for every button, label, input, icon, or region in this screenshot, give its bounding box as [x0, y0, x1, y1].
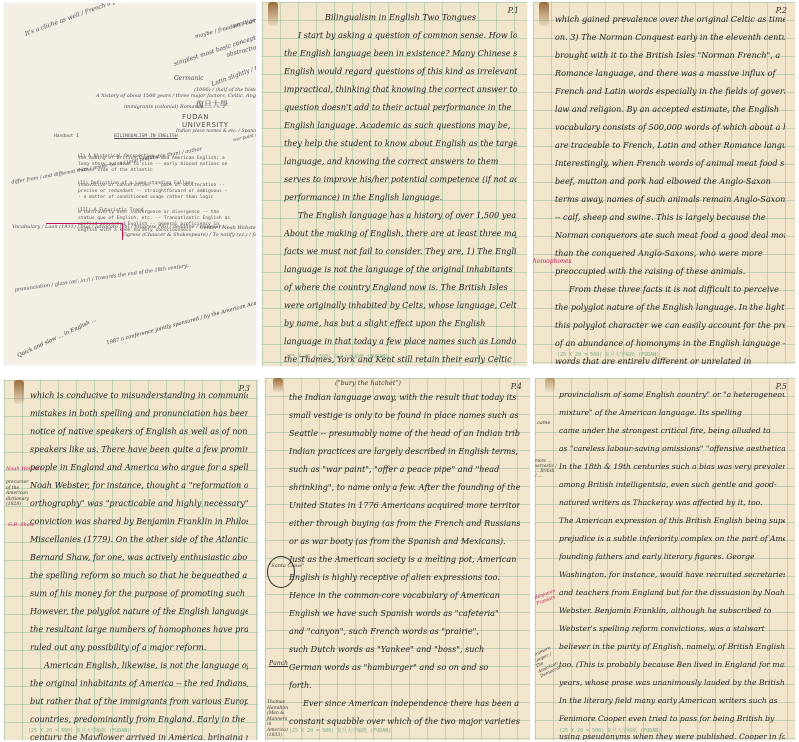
essay-title: Bilingualism in English Two Tongues — [284, 8, 517, 26]
text-line: of where the country England now is. The… — [284, 278, 517, 296]
text-line: preoccupied with the raising of these an… — [555, 262, 785, 280]
margin-note-shaw: G.B. Shaw — [8, 522, 34, 529]
text-line: language, and knowing the correct answer… — [284, 152, 517, 170]
page-text: the Indian language away, with the resul… — [289, 388, 520, 730]
text-line: In the literary field many early America… — [559, 692, 785, 710]
margin-note-santa-claus: "Santa Claus" — [269, 563, 304, 570]
text-line: language in that today a few place names… — [284, 332, 517, 350]
insert-note: ("bury the hatchet") — [335, 380, 401, 387]
text-line: However, the polyglot nature of the Engl… — [30, 602, 248, 620]
annotation-top-left: It's a cliché as well / French a precise… — [24, 3, 225, 38]
margin-note-came: came — [537, 420, 550, 427]
annotation-chinese-name: 復旦大學 — [196, 101, 228, 109]
text-line: came under the strongest critical fire, … — [559, 422, 785, 440]
text-line: as "careless labour-saving omissions" "o… — [559, 440, 785, 458]
text-line: notice of native speakers of English as … — [30, 422, 248, 440]
text-line: English is highly receptive of alien exp… — [289, 568, 520, 586]
paper-clip-stain — [14, 380, 24, 404]
text-line: serves to improve his/her potential comp… — [284, 170, 517, 188]
page-text: provincialism of some English country" o… — [559, 386, 785, 740]
text-line: they help the student to know about Engl… — [284, 134, 517, 152]
margin-note-punch: Punch — [269, 660, 288, 667]
text-line: Ever since American independence there h… — [289, 694, 520, 712]
text-line: orthography" was "practicable and highly… — [30, 494, 248, 512]
manuscript-page-2: P.2 which gained prevalence over the ori… — [533, 2, 795, 364]
annotation-history: A history of about 1500 years / three ma… — [96, 93, 256, 99]
margin-note-homophones: homophones — [533, 258, 572, 265]
text-line: vocabulary consists of 500,000 words of … — [555, 118, 785, 136]
text-line: the Indian language away, with the resul… — [289, 388, 520, 406]
handout-title: BILINGUALISM IN ENGLISH — [114, 134, 178, 140]
text-line: were originally inhabited by Celts, whos… — [284, 296, 517, 314]
text-line: United States in 1776 Americans acquired… — [289, 496, 520, 514]
text-line: believer in the purity of English, namel… — [559, 638, 785, 656]
text-line: small vestige is only to be found in pla… — [289, 406, 520, 424]
page-text: which is conducive to misunderstanding i… — [30, 386, 248, 740]
text-line: Just as the American society is a meltin… — [289, 550, 520, 568]
text-line: founding fathers and early literary figu… — [559, 548, 785, 566]
paper-clip-stain — [545, 378, 555, 392]
paper-clip-stain — [268, 2, 278, 26]
paper-footer: (25 X 20 = 500) 复旦大学稿纸 (FUDAN) — [28, 727, 130, 734]
text-line: Bernard Shaw, for one, was actively enth… — [30, 548, 248, 566]
text-line: Fenimore Cooper even tried to pass for b… — [559, 710, 785, 728]
paper-footer: (25 X 20 = 500) 复旦大学稿纸 (FUDAN) — [559, 727, 661, 734]
paper-clip-stain — [273, 378, 283, 392]
text-line: Norman conquerors ate such meat food a g… — [555, 226, 785, 244]
text-line: such as "war paint", "offer a peace pipe… — [289, 460, 520, 478]
text-line: the English language been in existence? … — [284, 44, 517, 62]
margin-note-franklin: Benjamin Franklin — [535, 588, 560, 607]
paper-clip-stain — [539, 2, 549, 26]
manuscript-page-5: P.5 provincialism of some English countr… — [535, 378, 795, 740]
annotation-quick-slow: Quick and slow ... in English ... — [17, 317, 98, 360]
text-line: the polyglot nature of the English langu… — [555, 298, 785, 316]
text-line: English language. Academic as such quest… — [284, 116, 517, 134]
annotation-center: Center / Noah Webster / -Theater / -colo… — [200, 225, 256, 231]
text-line: people in England and America who argue … — [30, 458, 248, 476]
annotation-place-names: Indian place names & etc. / Spanish: caf… — [176, 129, 256, 135]
annotation-french: (1066) / (half of the history / chronolo… — [194, 87, 256, 93]
text-line: mistakes in both spelling and pronunciat… — [30, 404, 248, 422]
institution-name: FUDAN UNIVERSITY — [182, 113, 256, 129]
text-line: of an abundance of homonyms in the Engli… — [555, 334, 785, 352]
text-line: Romance language, and there was a massiv… — [555, 64, 785, 82]
text-line: than the conquered Anglo-Saxons, who wer… — [555, 244, 785, 262]
text-line: Seattle -- presumably name of the head o… — [289, 424, 520, 442]
text-line: facts we must not fail to consider. They… — [284, 242, 517, 260]
text-line: this polyglot character we can easily ac… — [555, 316, 785, 334]
handout-label: Handout I — [54, 134, 79, 140]
text-line: too. (This is probably because Ben lived… — [559, 656, 785, 674]
paper-footer: (25 X 20 = 500) 复旦大学稿纸 (FUDAN) — [286, 353, 388, 360]
text-line: sum of his money for the purpose of prom… — [30, 584, 248, 602]
text-line: Webster. Benjamin Franklin, although he … — [559, 602, 785, 620]
text-line: by name, has but a slight effect upon th… — [284, 314, 517, 332]
text-line: From these three facts it is not difficu… — [555, 280, 785, 298]
text-line: -- calf, sheep and swine. This is largel… — [555, 208, 785, 226]
text-line: German words as "hamburger" and so on an… — [289, 658, 520, 676]
text-line: such Dutch words as "Yankee" and "boss",… — [289, 640, 520, 658]
manuscript-page-4: P.4 ("bury the hatchet") the Indian lang… — [265, 378, 530, 740]
text-line: prejudice is a subtle inferiority comple… — [559, 530, 785, 548]
text-line: speakers like us. There have been quite … — [30, 440, 248, 458]
text-line: mixture" of the American language. Its s… — [559, 404, 785, 422]
text-line: I start by asking a question of common s… — [284, 26, 517, 44]
paper-footer: (25 X 20 = 500) 复旦大学稿纸 (FUDAN) — [289, 727, 391, 734]
text-line: English we have such Spanish words as "c… — [289, 604, 520, 622]
annotation-conference: 1987 a conference jointly sponsored / by… — [106, 238, 256, 348]
text-line: The English language has a history of ov… — [284, 206, 517, 224]
text-line: French and Latin words especially in the… — [555, 82, 785, 100]
text-line: beef, mutton and pork had elbowed the An… — [555, 172, 785, 190]
santa-claus-circle — [267, 556, 295, 588]
text-line: ruled out any possibility of a major ref… — [30, 638, 248, 656]
text-line: forth. — [289, 676, 520, 694]
margin-note-hamilton: Thomas Hamilton (Men & Manners in Americ… — [267, 700, 291, 739]
text-line: question doesn't add to their actual per… — [284, 98, 517, 116]
red-connector-line — [46, 223, 123, 240]
manuscript-page-3: P.3 which is conducive to misunderstandi… — [4, 380, 258, 740]
text-line: Webster's spelling reform convictions, w… — [559, 620, 785, 638]
text-line: on. 3) The Norman Conquest early in the … — [555, 28, 785, 46]
text-line: The American expression of this British … — [559, 512, 785, 530]
text-line: which gained prevalence over the origina… — [555, 10, 785, 28]
text-line: the original inhabitants of America -- t… — [30, 674, 248, 692]
text-line: Hence in the common-core vocabulary of A… — [289, 586, 520, 604]
text-line: conviction was shared by Benjamin Frankl… — [30, 512, 248, 530]
annotation-tigress: Tigress (Chaucer & Shakespeare) / To not… — [122, 232, 256, 239]
text-line: brought with it to the British Isles "No… — [555, 46, 785, 64]
text-line: the spelling reform so much so that he b… — [30, 566, 248, 584]
text-line: provincialism of some English country" o… — [559, 386, 785, 404]
page-text: Bilingualism in English Two Tongues I st… — [284, 8, 517, 366]
text-line: Washington, for instance, would have rec… — [559, 566, 785, 584]
text-line: Interestingly, when French words of anim… — [555, 154, 785, 172]
text-line: Miscellanies (1779). On the other side o… — [30, 530, 248, 548]
text-line: impractical, thinking that knowing the c… — [284, 80, 517, 98]
annotation-pronunciation: pronunciation / glass (æ/, /a:/) / Towar… — [14, 263, 191, 294]
text-line: Indian practices are largely described i… — [289, 442, 520, 460]
annotation-norman: immigrants (colonial) Romance — [124, 104, 203, 112]
text-line: terms away, names of such animals remain… — [555, 190, 785, 208]
text-line: or as war booty (as from the Spanish and… — [289, 532, 520, 550]
text-line: natured writers as Thackeray was affecte… — [559, 494, 785, 512]
text-line: About the making of English, there are a… — [284, 224, 517, 242]
text-line: performance) in the English language. — [284, 188, 517, 206]
page-text: which gained prevalence over the origina… — [555, 10, 785, 364]
text-line: either through buying (as from the Frenc… — [289, 514, 520, 532]
margin-note-sarcastic: more ... sarcastic / ... British / ... — [535, 458, 557, 478]
text-line: Noah Webster, for instance, thought a "r… — [30, 476, 248, 494]
text-line: In the 18th & 19th centuries such a bias… — [559, 458, 785, 476]
text-line: and teachers from England but for the di… — [559, 584, 785, 602]
margin-note-webster: Noah Webster — [6, 466, 42, 472]
text-line: American English, likewise, is not the l… — [30, 656, 248, 674]
text-line: are traceable to French, Latin and other… — [555, 136, 785, 154]
text-line: the resultant large numbers of homophone… — [30, 620, 248, 638]
margin-note-dictionary: precursor of the American dictionary (18… — [6, 480, 28, 508]
text-line: shrinking", to name only a few. After th… — [289, 478, 520, 496]
text-line: which is conducive to misunderstanding i… — [30, 386, 248, 404]
manuscript-page-1: P.1 Bilingualism in English Two Tongues … — [262, 2, 527, 366]
paper-footer: (25 X 20 = 500) 复旦大学稿纸 (FUDAN) — [557, 351, 659, 358]
text-line: and "canyon", such French words as "prai… — [289, 622, 520, 640]
handout-page: It's a cliché as well / French a precise… — [4, 3, 256, 365]
annotation-germanic: Germanic — [174, 75, 204, 83]
text-line: countries, predominantly from England. E… — [30, 710, 248, 728]
text-line: but rather that of the immigrants from v… — [30, 692, 248, 710]
text-line: English would regard questions of this k… — [284, 62, 517, 80]
section-2-body: innovative or conservative -- pace of ob… — [78, 183, 228, 201]
text-line: years, whose prose was unanimously laude… — [559, 674, 785, 692]
text-line: language is not the language of the orig… — [284, 260, 517, 278]
text-line: among British intelligentsia, even such … — [559, 476, 785, 494]
text-line: law and religion. By an accepted estimat… — [555, 100, 785, 118]
